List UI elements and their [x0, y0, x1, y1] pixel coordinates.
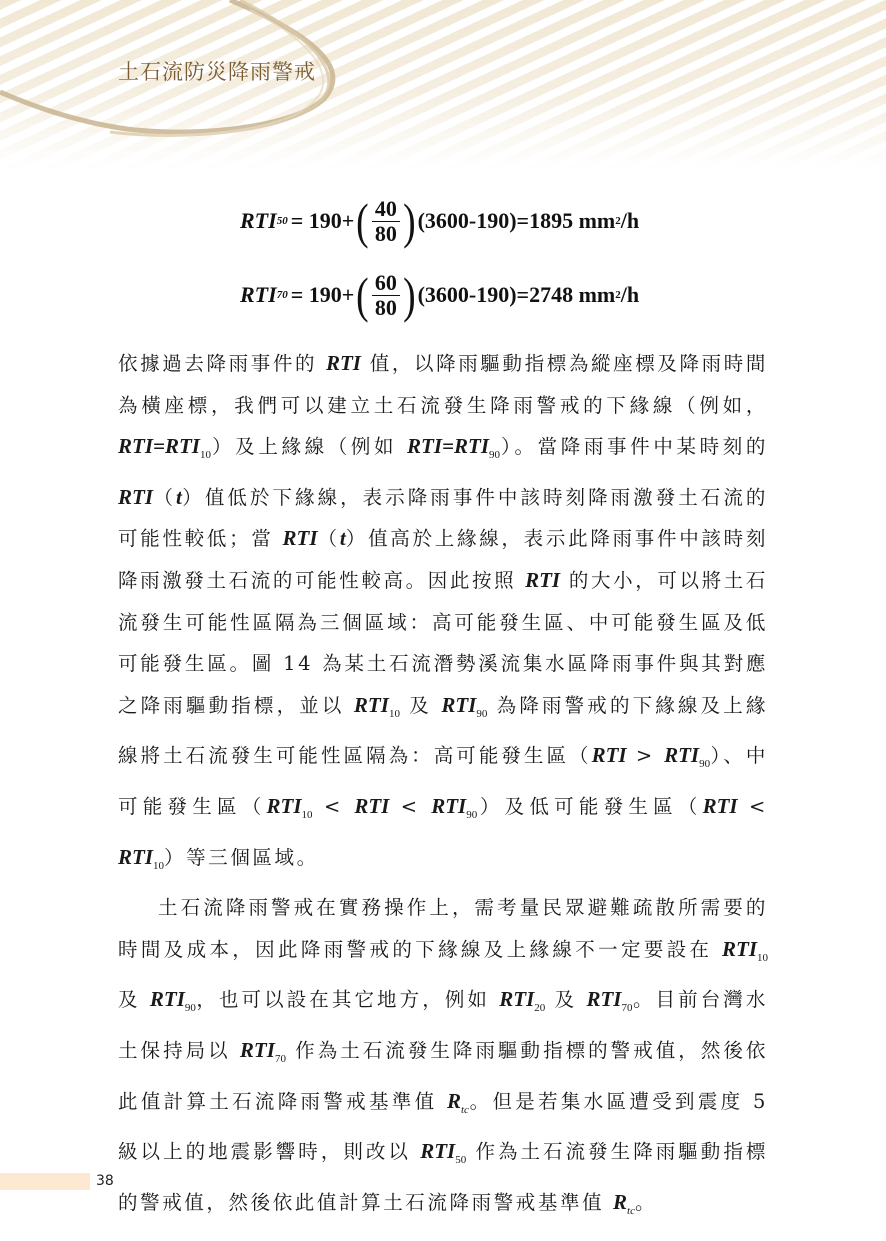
text: 及: [545, 988, 586, 1011]
math-var: RTI: [354, 794, 389, 818]
math-sub: 50: [455, 1154, 466, 1166]
math-var: RTI: [118, 485, 153, 509]
text: 土石流降雨警戒在實務操作上，需考量民眾避難疏散所需要的時間及成本，因此降雨警戒的…: [118, 896, 768, 961]
math-var: RTI: [703, 794, 738, 818]
eq-lhs-sub: 70: [277, 289, 288, 301]
eq-part1: = 190+: [291, 282, 355, 308]
text: >: [627, 744, 664, 767]
equation-rti70: RTI70 = 190+ ( 60 80 ) (3600-190)=2748 m…: [240, 270, 639, 320]
math-sub: 10: [302, 809, 313, 821]
math-var: RTI: [525, 568, 560, 592]
math-var: RTI10: [722, 937, 768, 961]
text: <: [389, 795, 431, 818]
math-text: RTI: [266, 794, 301, 818]
right-paren-icon: ): [403, 196, 415, 246]
text: 及: [118, 988, 150, 1011]
math-text: RTI: [431, 794, 466, 818]
left-paren-icon: (: [356, 270, 368, 320]
math-text: RTI: [420, 1139, 455, 1163]
fraction: 60 80: [372, 271, 400, 320]
eq-lhs-var: RTI: [240, 208, 277, 234]
math-text: RTI: [499, 987, 534, 1011]
math-var: RTI90: [664, 743, 710, 767]
math-var: RTI90: [441, 693, 487, 717]
math-sub: 90: [185, 1002, 196, 1014]
math-sub: 10: [153, 860, 164, 872]
math-sub: 70: [275, 1053, 286, 1065]
text: ）。當降雨事件中某時刻的: [500, 435, 768, 458]
eq-unit-tail: /h: [621, 282, 639, 308]
left-paren-icon: (: [356, 196, 368, 246]
eq-unit-tail: /h: [621, 208, 639, 234]
text: （: [153, 486, 176, 509]
math-text: RTI: [240, 1038, 275, 1062]
text: 依據過去降雨事件的: [118, 352, 326, 375]
math-sub: 10: [200, 449, 211, 461]
math-text: R: [447, 1089, 461, 1113]
fraction-denominator: 80: [372, 296, 400, 320]
text: ，也可以設在其它地方，例如: [196, 988, 499, 1011]
fraction-numerator: 40: [372, 197, 400, 222]
math-text: RTI=RTI: [407, 434, 489, 458]
eq-lhs-sub: 50: [277, 215, 288, 227]
eq-part1: = 190+: [291, 208, 355, 234]
math-var: RTI10: [118, 845, 164, 869]
fraction-numerator: 60: [372, 271, 400, 296]
math-var: RTI50: [420, 1139, 466, 1163]
math-var: RTI: [326, 351, 361, 375]
eq-part2: (3600-190)=2748 mm: [418, 282, 616, 308]
text: <: [313, 795, 355, 818]
math-sub: 10: [389, 708, 400, 720]
math-text: RTI: [586, 987, 621, 1011]
math-var: RTI: [592, 743, 627, 767]
math-var: Rtc: [447, 1089, 469, 1113]
page-number: 38: [96, 1173, 114, 1189]
math-text: RTI: [664, 743, 699, 767]
math-sub: tc: [627, 1205, 635, 1217]
text: 及: [400, 694, 441, 717]
text: ）及低可能發生區（: [477, 795, 702, 818]
math-text: RTI: [722, 937, 757, 961]
math-var: RTI10: [266, 794, 312, 818]
text: <: [738, 795, 768, 818]
math-text: RTI: [354, 693, 389, 717]
math-sub: 90: [489, 449, 500, 461]
math-text: RTI: [150, 987, 185, 1011]
math-var: RTI90: [150, 987, 196, 1011]
math-var: Rtc: [613, 1190, 635, 1214]
math-var: RTI=RTI10: [118, 434, 211, 458]
math-sub: 10: [757, 952, 768, 964]
eq-part2: (3600-190)=1895 mm: [418, 208, 616, 234]
math-sub: 90: [476, 708, 487, 720]
running-title: 土石流防災降雨警戒: [118, 56, 316, 86]
math-var: RTI10: [354, 693, 400, 717]
fraction: 40 80: [372, 197, 400, 246]
math-sub: 70: [621, 1002, 632, 1014]
math-sub: 20: [534, 1002, 545, 1014]
eq-lhs-var: RTI: [240, 282, 277, 308]
math-var: RTI70: [240, 1038, 286, 1062]
text: ）及上緣線（例如: [211, 435, 407, 458]
body-text: 依據過去降雨事件的 RTI 值，以降雨驅動指標為縱座標及降雨時間為橫座標，我們可…: [118, 343, 768, 1232]
math-var: RTI=RTI90: [407, 434, 500, 458]
paragraph-rti-thresholds: 依據過去降雨事件的 RTI 值，以降雨驅動指標為縱座標及降雨時間為橫座標，我們可…: [118, 343, 768, 887]
text: （: [318, 527, 340, 550]
math-var: RTI70: [586, 987, 632, 1011]
math-var: RTI20: [499, 987, 545, 1011]
math-sub: 90: [699, 758, 710, 770]
math-text: RTI=RTI: [118, 434, 200, 458]
math-text: RTI: [441, 693, 476, 717]
paragraph-warning-practice: 土石流降雨警戒在實務操作上，需考量民眾避難疏散所需要的時間及成本，因此降雨警戒的…: [118, 887, 768, 1232]
text: 。: [635, 1191, 657, 1214]
right-paren-icon: ): [403, 270, 415, 320]
math-sub: 90: [466, 809, 477, 821]
math-text: R: [613, 1190, 627, 1214]
fraction-denominator: 80: [372, 222, 400, 246]
math-text: RTI: [118, 845, 153, 869]
math-var: RTI: [283, 526, 318, 550]
math-var: RTI90: [431, 794, 477, 818]
equation-rti50: RTI50 = 190+ ( 40 80 ) (3600-190)=1895 m…: [240, 196, 639, 246]
math-sub: tc: [461, 1104, 469, 1116]
footer-accent-bar: [0, 1173, 90, 1190]
text: ）等三個區域。: [164, 846, 319, 869]
